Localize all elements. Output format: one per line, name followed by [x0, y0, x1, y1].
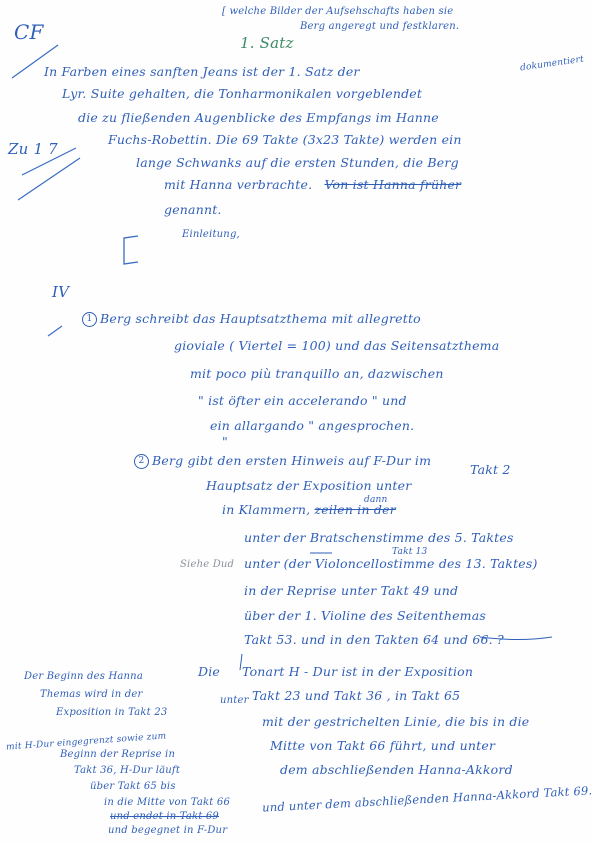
item1-line3: mit poco più tranquillo an, dazwischen [190, 368, 444, 381]
item2-line7: über der 1. Violine des Seitenthemas [244, 610, 486, 623]
margin-note-line5: Beginn der Reprise in [60, 750, 175, 760]
item3-line5: dem abschließenden Hanna-Akkord [280, 764, 513, 777]
section1-line6: mit Hanna verbrachte. Von ist Hanna früh… [164, 179, 461, 192]
item1-line2: gioviale ( Viertel = 100) und das Seiten… [174, 340, 499, 353]
item1-line4: " ist öfter ein accelerando " und [198, 395, 407, 408]
margin-note-line1: Der Beginn des Hanna [24, 672, 143, 682]
movement-label: 1. Satz [240, 36, 294, 51]
item2-line4: unter der Bratschenstimme des 5. Taktes [244, 532, 514, 545]
header-note-line1: [ welche Bilder der Aufsehschafts haben … [222, 7, 453, 17]
margin-note-line3: Exposition in Takt 23 [56, 708, 167, 718]
section1-struck-tail: Von ist Hanna früher [324, 177, 461, 192]
pencil-note: Siehe Dud [180, 560, 234, 570]
item1-number: 1 [82, 312, 97, 327]
item3-line1: Tonart H - Dur ist in der Exposition [242, 666, 473, 679]
item2-line5: unter (der Violoncellostimme des 13. Tak… [244, 558, 538, 571]
margin-note-line10: und begegnet in F-Dur [108, 826, 227, 836]
section1-line7: genannt. [164, 204, 222, 217]
section1-line6-text: mit Hanna verbrachte. [164, 177, 312, 192]
item2-line1: 2Berg gibt den ersten Hinweis auf F-Dur … [134, 454, 431, 469]
section1-line1: In Farben eines sanften Jeans ist der 1.… [44, 66, 360, 79]
margin-note-line2: Themas wird in der [40, 690, 142, 700]
margin-note-line8: in die Mitte von Takt 66 [104, 798, 230, 808]
header-note-line2: Berg angeregt und festklaren. [300, 22, 459, 32]
item2-line6: in der Reprise unter Takt 49 und [244, 585, 458, 598]
item3-line3: mit der gestrichelten Linie, die bis in … [262, 716, 529, 729]
margin-label-zu: Zu 1 7 [8, 142, 58, 157]
item2-line3: in Klammern, zeilen in der [222, 504, 396, 517]
item2-text3: in Klammern, [222, 502, 315, 517]
section1-line3: die zu fließenden Augenblicke des Empfan… [78, 112, 439, 125]
item1-line6: " [222, 436, 228, 449]
margin-label-roman: IV [52, 285, 69, 300]
item2-number: 2 [134, 454, 149, 469]
item2-line2: Hauptsatz der Exposition unter [206, 480, 411, 493]
section1-line2: Lyr. Suite gehalten, die Tonharmonikalen… [62, 88, 422, 101]
item3-line4: Mitte von Takt 66 führt, und unter [270, 740, 495, 753]
item1-line1: 1Berg schreibt das Hauptsatzthema mit al… [82, 312, 421, 327]
item1-text1: Berg schreibt das Hauptsatzthema mit all… [100, 311, 421, 326]
section1-line4: Fuchs-Robettin. Die 69 Takte (3x23 Takte… [108, 134, 462, 147]
margin-note-line7: über Takt 65 bis [90, 782, 176, 792]
item3-alt-prefix: unter [220, 696, 249, 706]
item2-line8: Takt 53. und in den Takten 64 und 66. ? [244, 634, 504, 647]
margin-note-line9: und endet in Takt 69 [110, 812, 219, 822]
item2-insert-dann: dann [364, 496, 388, 505]
section1-line5: lange Schwanks auf die ersten Stunden, d… [136, 157, 459, 170]
margin-note-line6: Takt 36, H-Dur läuft [74, 766, 180, 776]
margin-label-cf: CF [14, 22, 44, 42]
einleitung-label: Einleitung, [182, 230, 240, 240]
item2-insert-takt2: Takt 2 [470, 464, 511, 477]
item1-line5: ein allargando " angesprochen. [210, 420, 414, 433]
item2-text1: Berg gibt den ersten Hinweis auf F-Dur i… [152, 453, 431, 468]
item3-prefix: Die [198, 666, 220, 679]
item3-line2: Takt 23 und Takt 36 , in Takt 65 [252, 690, 460, 703]
